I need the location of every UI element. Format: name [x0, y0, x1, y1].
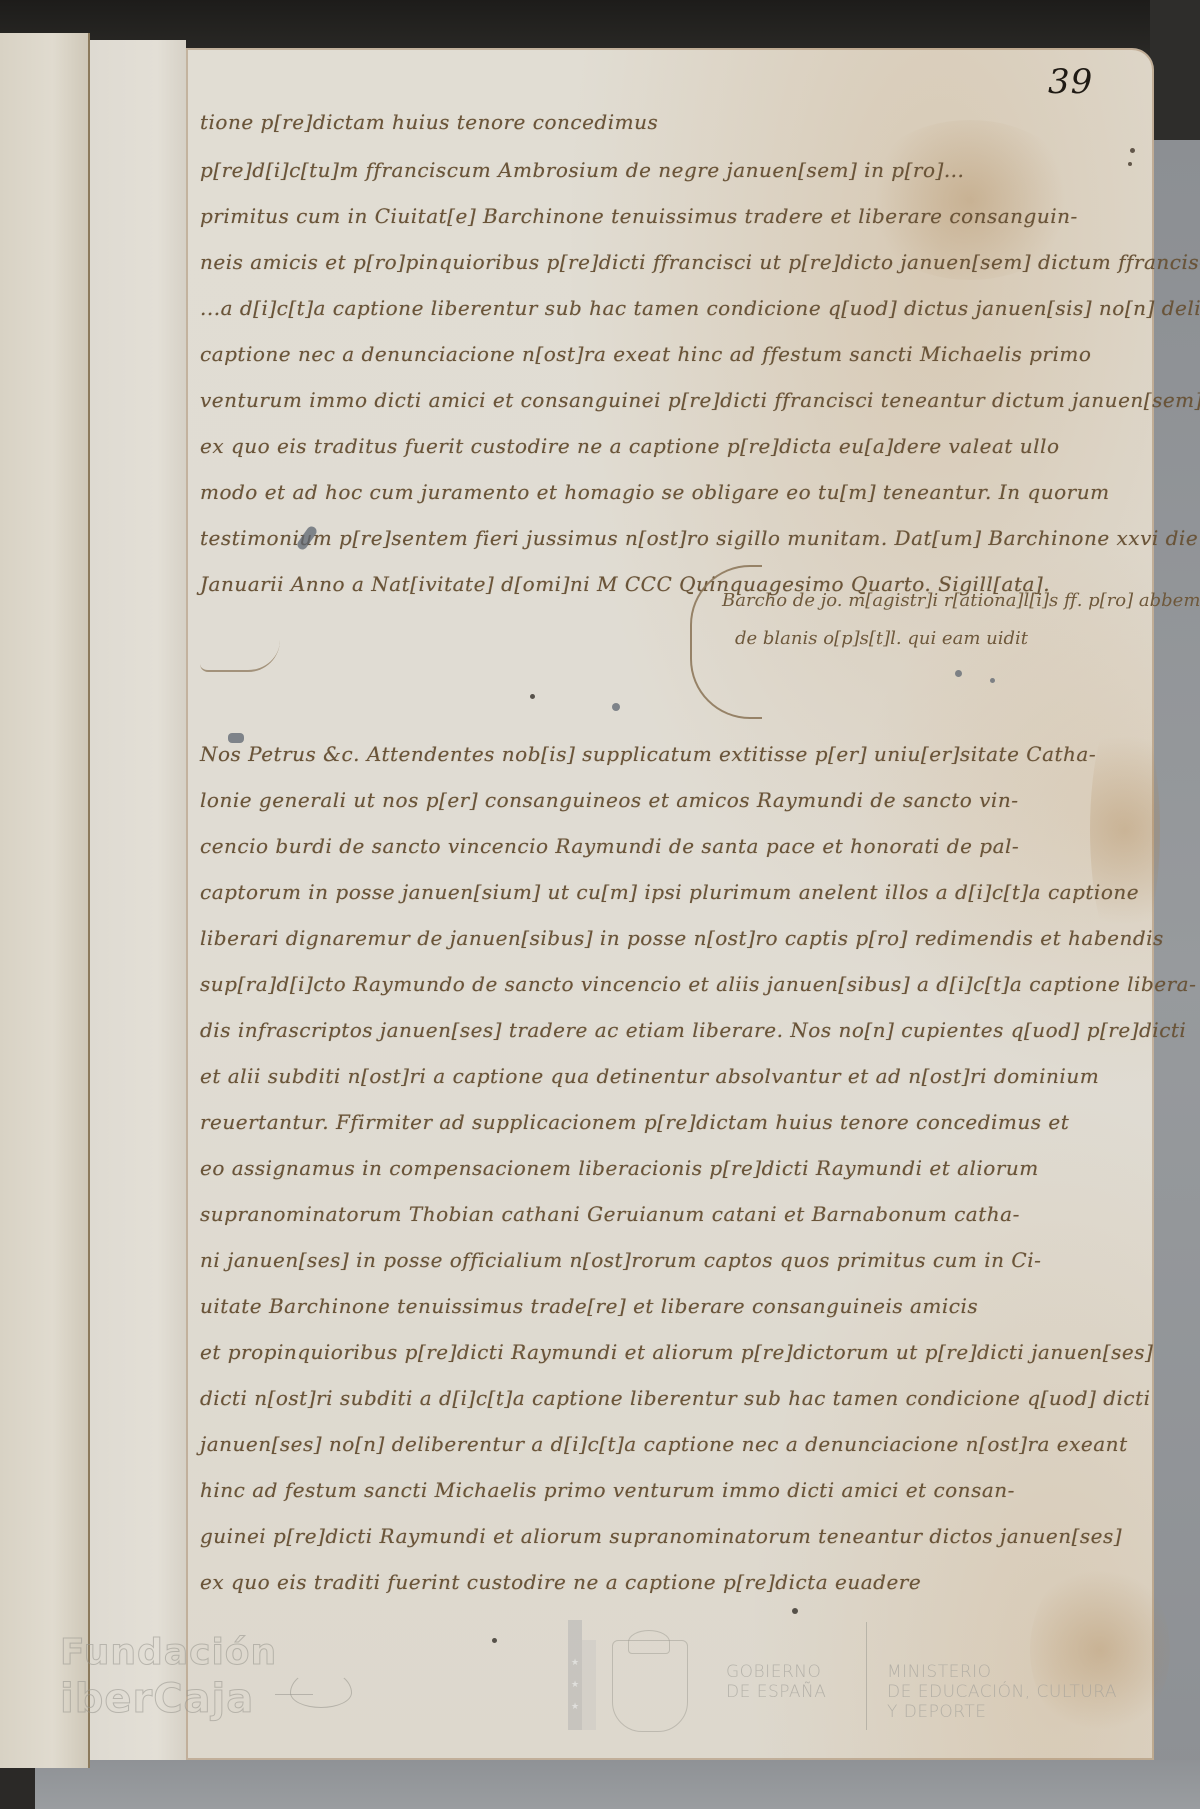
manuscript-line: uitate Barchinone tenuissimus trade[re] … — [200, 1294, 978, 1318]
coat-of-arms-icon — [612, 1640, 688, 1732]
star-icon: ★ — [571, 1702, 579, 1712]
binding-stub — [90, 40, 186, 1760]
manuscript-line: ex quo eis traditi fuerint custodire ne … — [200, 1570, 921, 1594]
manuscript-line: primitus cum in Ciuitat[e] Barchinone te… — [200, 204, 1078, 228]
ink-spot — [612, 703, 620, 711]
ministry-line2: DE EDUCACIÓN, CULTURA — [887, 1682, 1117, 1702]
manuscript-line: captione nec a denunciacione n[ost]ra ex… — [200, 342, 1091, 366]
ink-spot — [1128, 162, 1132, 166]
scanner-background-bottom — [0, 1760, 1200, 1809]
government-line1: GOBIERNO — [726, 1662, 826, 1682]
government-watermark: GOBIERNO DE ESPAÑA — [726, 1662, 826, 1702]
chancery-signature-line: Barcho de jo. m[agistr]i r[ationa]l[i]s … — [722, 590, 1200, 611]
ink-spot — [955, 670, 962, 677]
manuscript-line: januen[ses] no[n] deliberentur a d[i]c[t… — [200, 1432, 1128, 1456]
facing-page-edge — [0, 33, 90, 1768]
manuscript-line: Nos Petrus &c. Attendentes nob[is] suppl… — [200, 742, 1096, 766]
manuscript-line: tione p[re]dictam huius tenore concedimu… — [200, 110, 658, 134]
government-flag-bar-secondary — [582, 1640, 596, 1730]
manuscript-line: ...a d[i]c[t]a captione liberentur sub h… — [200, 296, 1200, 320]
manuscript-line: dicti n[ost]ri subditi a d[i]c[t]a capti… — [200, 1386, 1151, 1410]
ink-spot — [1130, 148, 1135, 153]
ink-spot — [792, 1608, 798, 1614]
star-icon: ★ — [571, 1680, 579, 1690]
manuscript-line: et propinquioribus p[re]dicti Raymundi e… — [200, 1340, 1153, 1364]
manuscript-line: testimonium p[re]sentem fieri jussimus n… — [200, 526, 1198, 550]
manuscript-line: dis infrascriptos januen[ses] tradere ac… — [200, 1018, 1186, 1042]
ibercaja-watermark-line1: Fundación — [60, 1632, 277, 1673]
manuscript-line: neis amicis et p[ro]pinquioribus p[re]di… — [200, 250, 1200, 274]
manuscript-line: venturum immo dicti amici et consanguine… — [200, 388, 1200, 412]
manuscript-line: eo assignamus in compensacionem liberaci… — [200, 1156, 1039, 1180]
ink-spot — [530, 694, 535, 699]
manuscript-line: cencio burdi de sancto vincencio Raymund… — [200, 834, 1019, 858]
chancery-signature-line: de blanis o[p]s[t]l. qui eam uidit — [735, 628, 1028, 649]
manuscript-line: liberari dignaremur de januen[sibus] in … — [200, 926, 1164, 950]
manuscript-line: ni januen[ses] in posse officialium n[os… — [200, 1248, 1041, 1272]
manuscript-line: et alii subditi n[ost]ri a captione qua … — [200, 1064, 1099, 1088]
ibercaja-logo-icon — [290, 1670, 352, 1708]
ministry-line1: MINISTERIO — [887, 1662, 1117, 1682]
manuscript-line: supranominatorum Thobian cathani Geruian… — [200, 1202, 1020, 1226]
ministry-watermark: MINISTERIO DE EDUCACIÓN, CULTURA Y DEPOR… — [887, 1662, 1117, 1722]
ministry-line3: Y DEPORTE — [887, 1702, 1117, 1722]
manuscript-line: lonie generali ut nos p[er] consanguineo… — [200, 788, 1018, 812]
folio-number: 39 — [1048, 62, 1093, 102]
government-flag-bar — [568, 1620, 582, 1730]
ink-spot — [492, 1638, 497, 1643]
manuscript-line: hinc ad festum sancti Michaelis primo ve… — [200, 1478, 1015, 1502]
watermark-divider — [866, 1622, 867, 1730]
manuscript-line: guinei p[re]dicti Raymundi et aliorum su… — [200, 1524, 1122, 1548]
manuscript-line: p[re]d[i]c[tu]m ffranciscum Ambrosium de… — [200, 158, 964, 182]
manuscript-line: ex quo eis traditus fuerit custodire ne … — [200, 434, 1060, 458]
ibercaja-logo-line — [275, 1694, 313, 1695]
scanner-background-right-dark — [1150, 0, 1200, 140]
manuscript-line: modo et ad hoc cum juramento et homagio … — [200, 480, 1110, 504]
ibercaja-watermark-line2: iberCaja — [60, 1676, 254, 1722]
manuscript-line: reuertantur. Ffirmiter ad supplicacionem… — [200, 1110, 1069, 1134]
manuscript-line: captorum in posse januen[sium] ut cu[m] … — [200, 880, 1139, 904]
ink-spot — [990, 678, 995, 683]
water-stain — [1090, 700, 1160, 960]
government-line2: DE ESPAÑA — [726, 1682, 826, 1702]
star-icon: ★ — [571, 1658, 579, 1668]
manuscript-line: sup[ra]d[i]cto Raymundo de sancto vincen… — [200, 972, 1196, 996]
